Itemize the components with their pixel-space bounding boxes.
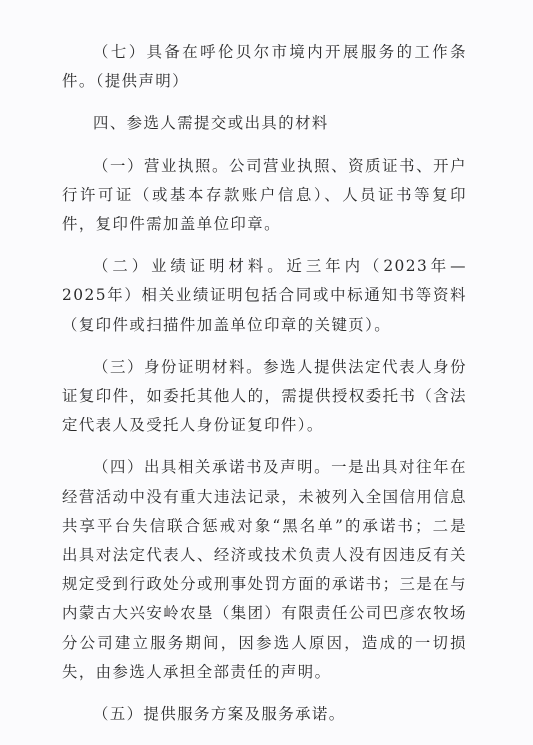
paragraph-item-7: （七）具备在呼伦贝尔市境内开展服务的工作条件。（提供声明） [62, 38, 467, 96]
section-heading-materials: 四、参选人需提交或出具的材料 [62, 109, 467, 138]
paragraph-business-license: （一）营业执照。公司营业执照、资质证书、开户行许可证（或基本存款账户信息）、人员… [62, 152, 467, 240]
paragraph-commitments: （四）出具相关承诺书及声明。一是出具对往年在经营活动中没有重大违法记录，未被列入… [62, 453, 467, 687]
document-page: （七）具备在呼伦贝尔市境内开展服务的工作条件。（提供声明） 四、参选人需提交或出… [62, 38, 467, 729]
paragraph-service-plan: （五）提供服务方案及服务承诺。 [62, 700, 467, 729]
paragraph-identity-proof: （三）身份证明材料。参选人提供法定代表人身份证复印件，如委托其他人的，需提供授权… [62, 353, 467, 441]
paragraph-performance-proof: （二）业绩证明材料。近三年内（2023年—2025年）相关业绩证明包括合同或中标… [62, 252, 467, 340]
